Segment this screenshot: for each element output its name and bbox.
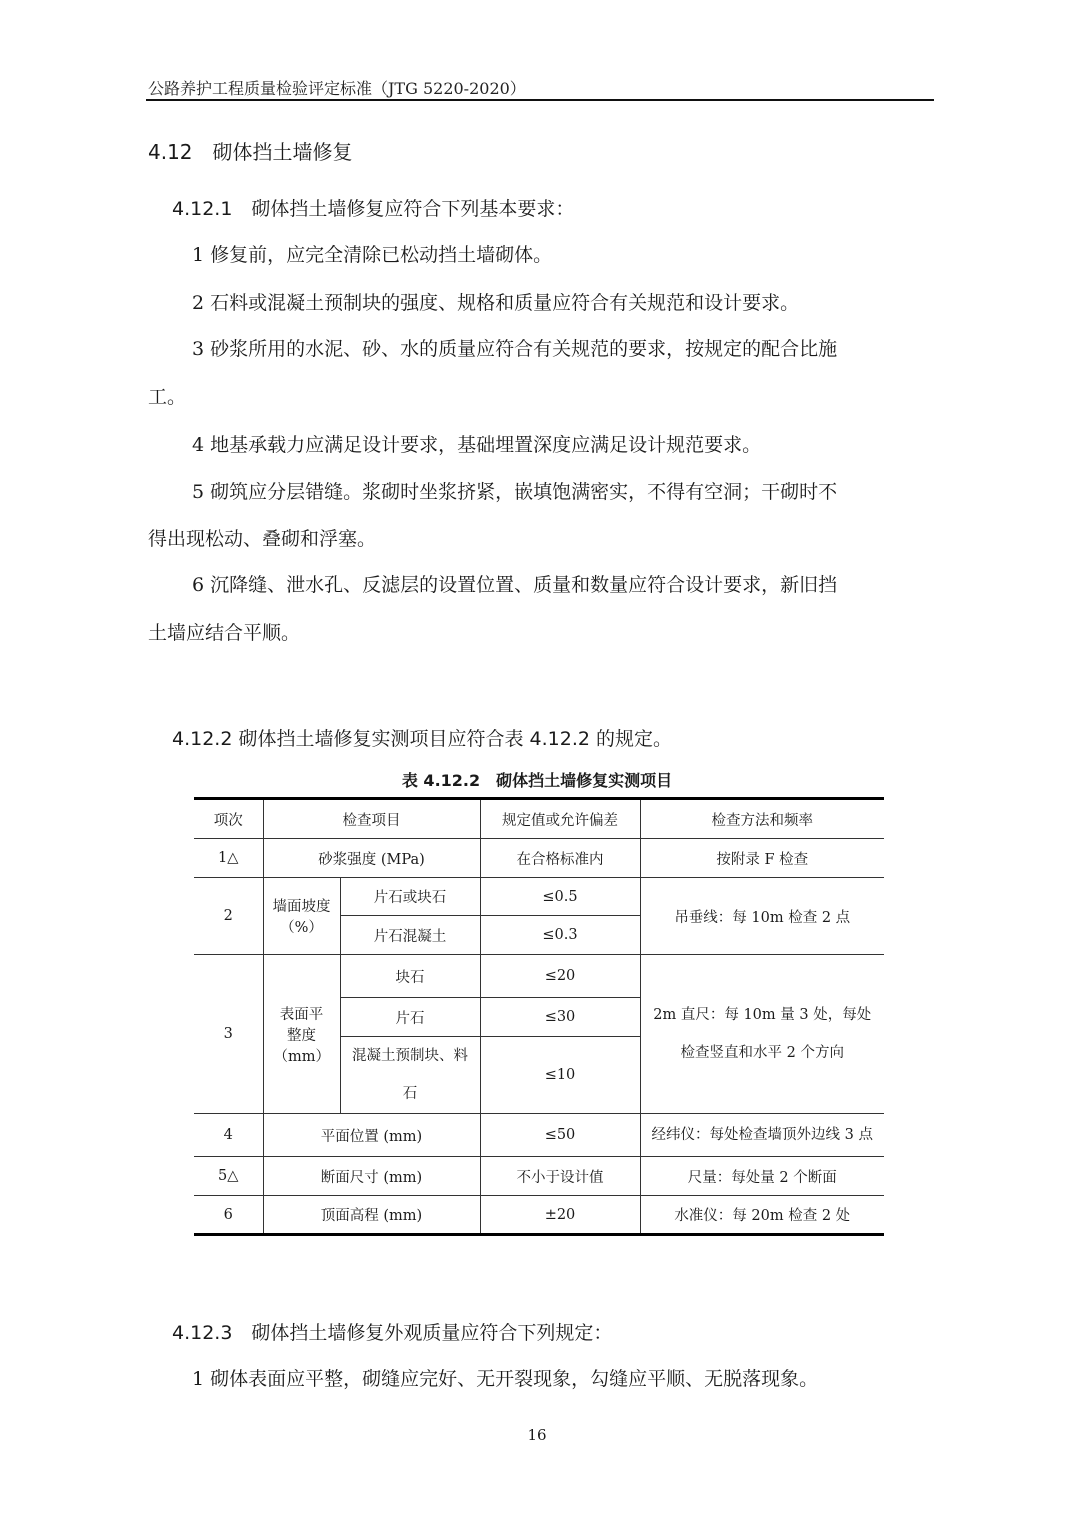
row-value: ≤0.3 <box>480 916 640 955</box>
running-header: 公路养护工程质量检验评定标准（JTG 5220-2020） <box>148 76 526 99</box>
table-row: 6 顶面高程 (mm) ±20 水准仪：每 20m 检查 2 处 <box>194 1196 884 1235</box>
row-method: 水准仪：每 20m 检查 2 处 <box>640 1196 884 1235</box>
requirement-4: 4 地基承载力应满足设计要求，基础埋置深度应满足设计规范要求。 <box>192 430 761 457</box>
clause-4-12-2-heading: 4.12.2 砌体挡土墙修复实测项目应符合表 4.12.2 的规定。 <box>172 724 672 751</box>
table-row: 3 表面平整度（mm） 块石 ≤20 2m 直尺：每 10m 量 3 处，每处检… <box>194 955 884 998</box>
row-method: 2m 直尺：每 10m 量 3 处，每处检查竖直和水平 2 个方向 <box>640 955 884 1114</box>
row-no: 5△ <box>194 1157 263 1196</box>
clause-4-12-1-heading: 4.12.1 砌体挡土墙修复应符合下列基本要求： <box>172 194 574 221</box>
requirement-1: 1 修复前，应完全清除已松动挡土墙砌体。 <box>192 240 552 267</box>
row-group: 表面平整度（mm） <box>263 955 340 1114</box>
row-item: 断面尺寸 (mm) <box>263 1157 480 1196</box>
row-subitem: 块石 <box>340 955 480 998</box>
row-item: 平面位置 (mm) <box>263 1114 480 1157</box>
col-header-value: 规定值或允许偏差 <box>480 799 640 839</box>
col-header-item: 检查项目 <box>263 799 480 839</box>
table-caption: 表 4.12.2 砌体挡土墙修复实测项目 <box>0 768 1074 791</box>
clause-4-12-3-heading: 4.12.3 砌体挡土墙修复外观质量应符合下列规定： <box>172 1318 612 1345</box>
row-subitem: 混凝土预制块、料石 <box>340 1037 480 1114</box>
row-no: 2 <box>194 878 263 955</box>
requirement-3: 3 砂浆所用的水泥、砂、水的质量应符合有关规范的要求，按规定的配合比施 <box>192 334 837 361</box>
table-header-row: 项次 检查项目 规定值或允许偏差 检查方法和频率 <box>194 799 884 839</box>
header-rule <box>146 99 934 101</box>
row-value: ≤50 <box>480 1114 640 1157</box>
table-row: 1△ 砂浆强度 (MPa) 在合格标准内 按附录 F 检查 <box>194 839 884 878</box>
row-value: ≤20 <box>480 955 640 998</box>
table-row: 5△ 断面尺寸 (mm) 不小于设计值 尺量：每处量 2 个断面 <box>194 1157 884 1196</box>
table-row: 4 平面位置 (mm) ≤50 经纬仪：每处检查墙顶外边线 3 点 <box>194 1114 884 1157</box>
requirement-5-cont: 得出现松动、叠砌和浮塞。 <box>148 524 376 551</box>
row-method: 吊垂线：每 10m 检查 2 点 <box>640 878 884 955</box>
row-no: 4 <box>194 1114 263 1157</box>
requirement-3-cont: 工。 <box>148 382 186 409</box>
row-value: ±20 <box>480 1196 640 1235</box>
row-value: 不小于设计值 <box>480 1157 640 1196</box>
row-value: 在合格标准内 <box>480 839 640 878</box>
row-no: 6 <box>194 1196 263 1235</box>
row-subitem: 片石混凝土 <box>340 916 480 955</box>
row-method: 尺量：每处量 2 个断面 <box>640 1157 884 1196</box>
row-group: 墙面坡度（%） <box>263 878 340 955</box>
requirement-6: 6 沉降缝、泄水孔、反滤层的设置位置、质量和数量应符合设计要求，新旧挡 <box>192 570 837 597</box>
row-item: 顶面高程 (mm) <box>263 1196 480 1235</box>
section-heading: 4.12 砌体挡土墙修复 <box>148 136 353 165</box>
row-value: ≤30 <box>480 998 640 1037</box>
row-value: ≤0.5 <box>480 878 640 916</box>
row-value: ≤10 <box>480 1037 640 1114</box>
requirement-2: 2 石料或混凝土预制块的强度、规格和质量应符合有关规范和设计要求。 <box>192 288 799 315</box>
requirement-6-cont: 土墙应结合平顺。 <box>148 618 300 645</box>
row-no: 3 <box>194 955 263 1114</box>
page-number: 16 <box>0 1426 1074 1444</box>
row-method: 按附录 F 检查 <box>640 839 884 878</box>
inspection-table: 项次 检查项目 规定值或允许偏差 检查方法和频率 1△ 砂浆强度 (MPa) 在… <box>194 797 884 1236</box>
row-subitem: 片石 <box>340 998 480 1037</box>
table-row: 2 墙面坡度（%） 片石或块石 ≤0.5 吊垂线：每 10m 检查 2 点 <box>194 878 884 916</box>
col-header-method: 检查方法和频率 <box>640 799 884 839</box>
row-subitem: 片石或块石 <box>340 878 480 916</box>
row-item: 砂浆强度 (MPa) <box>263 839 480 878</box>
row-method: 经纬仪：每处检查墙顶外边线 3 点 <box>640 1114 884 1157</box>
row-no: 1△ <box>194 839 263 878</box>
col-header-no: 项次 <box>194 799 263 839</box>
requirement-5: 5 砌筑应分层错缝。浆砌时坐浆挤紧，嵌填饱满密实，不得有空洞；干砌时不 <box>192 477 837 504</box>
appearance-requirement-1: 1 砌体表面应平整，砌缝应完好、无开裂现象，勾缝应平顺、无脱落现象。 <box>192 1364 818 1391</box>
